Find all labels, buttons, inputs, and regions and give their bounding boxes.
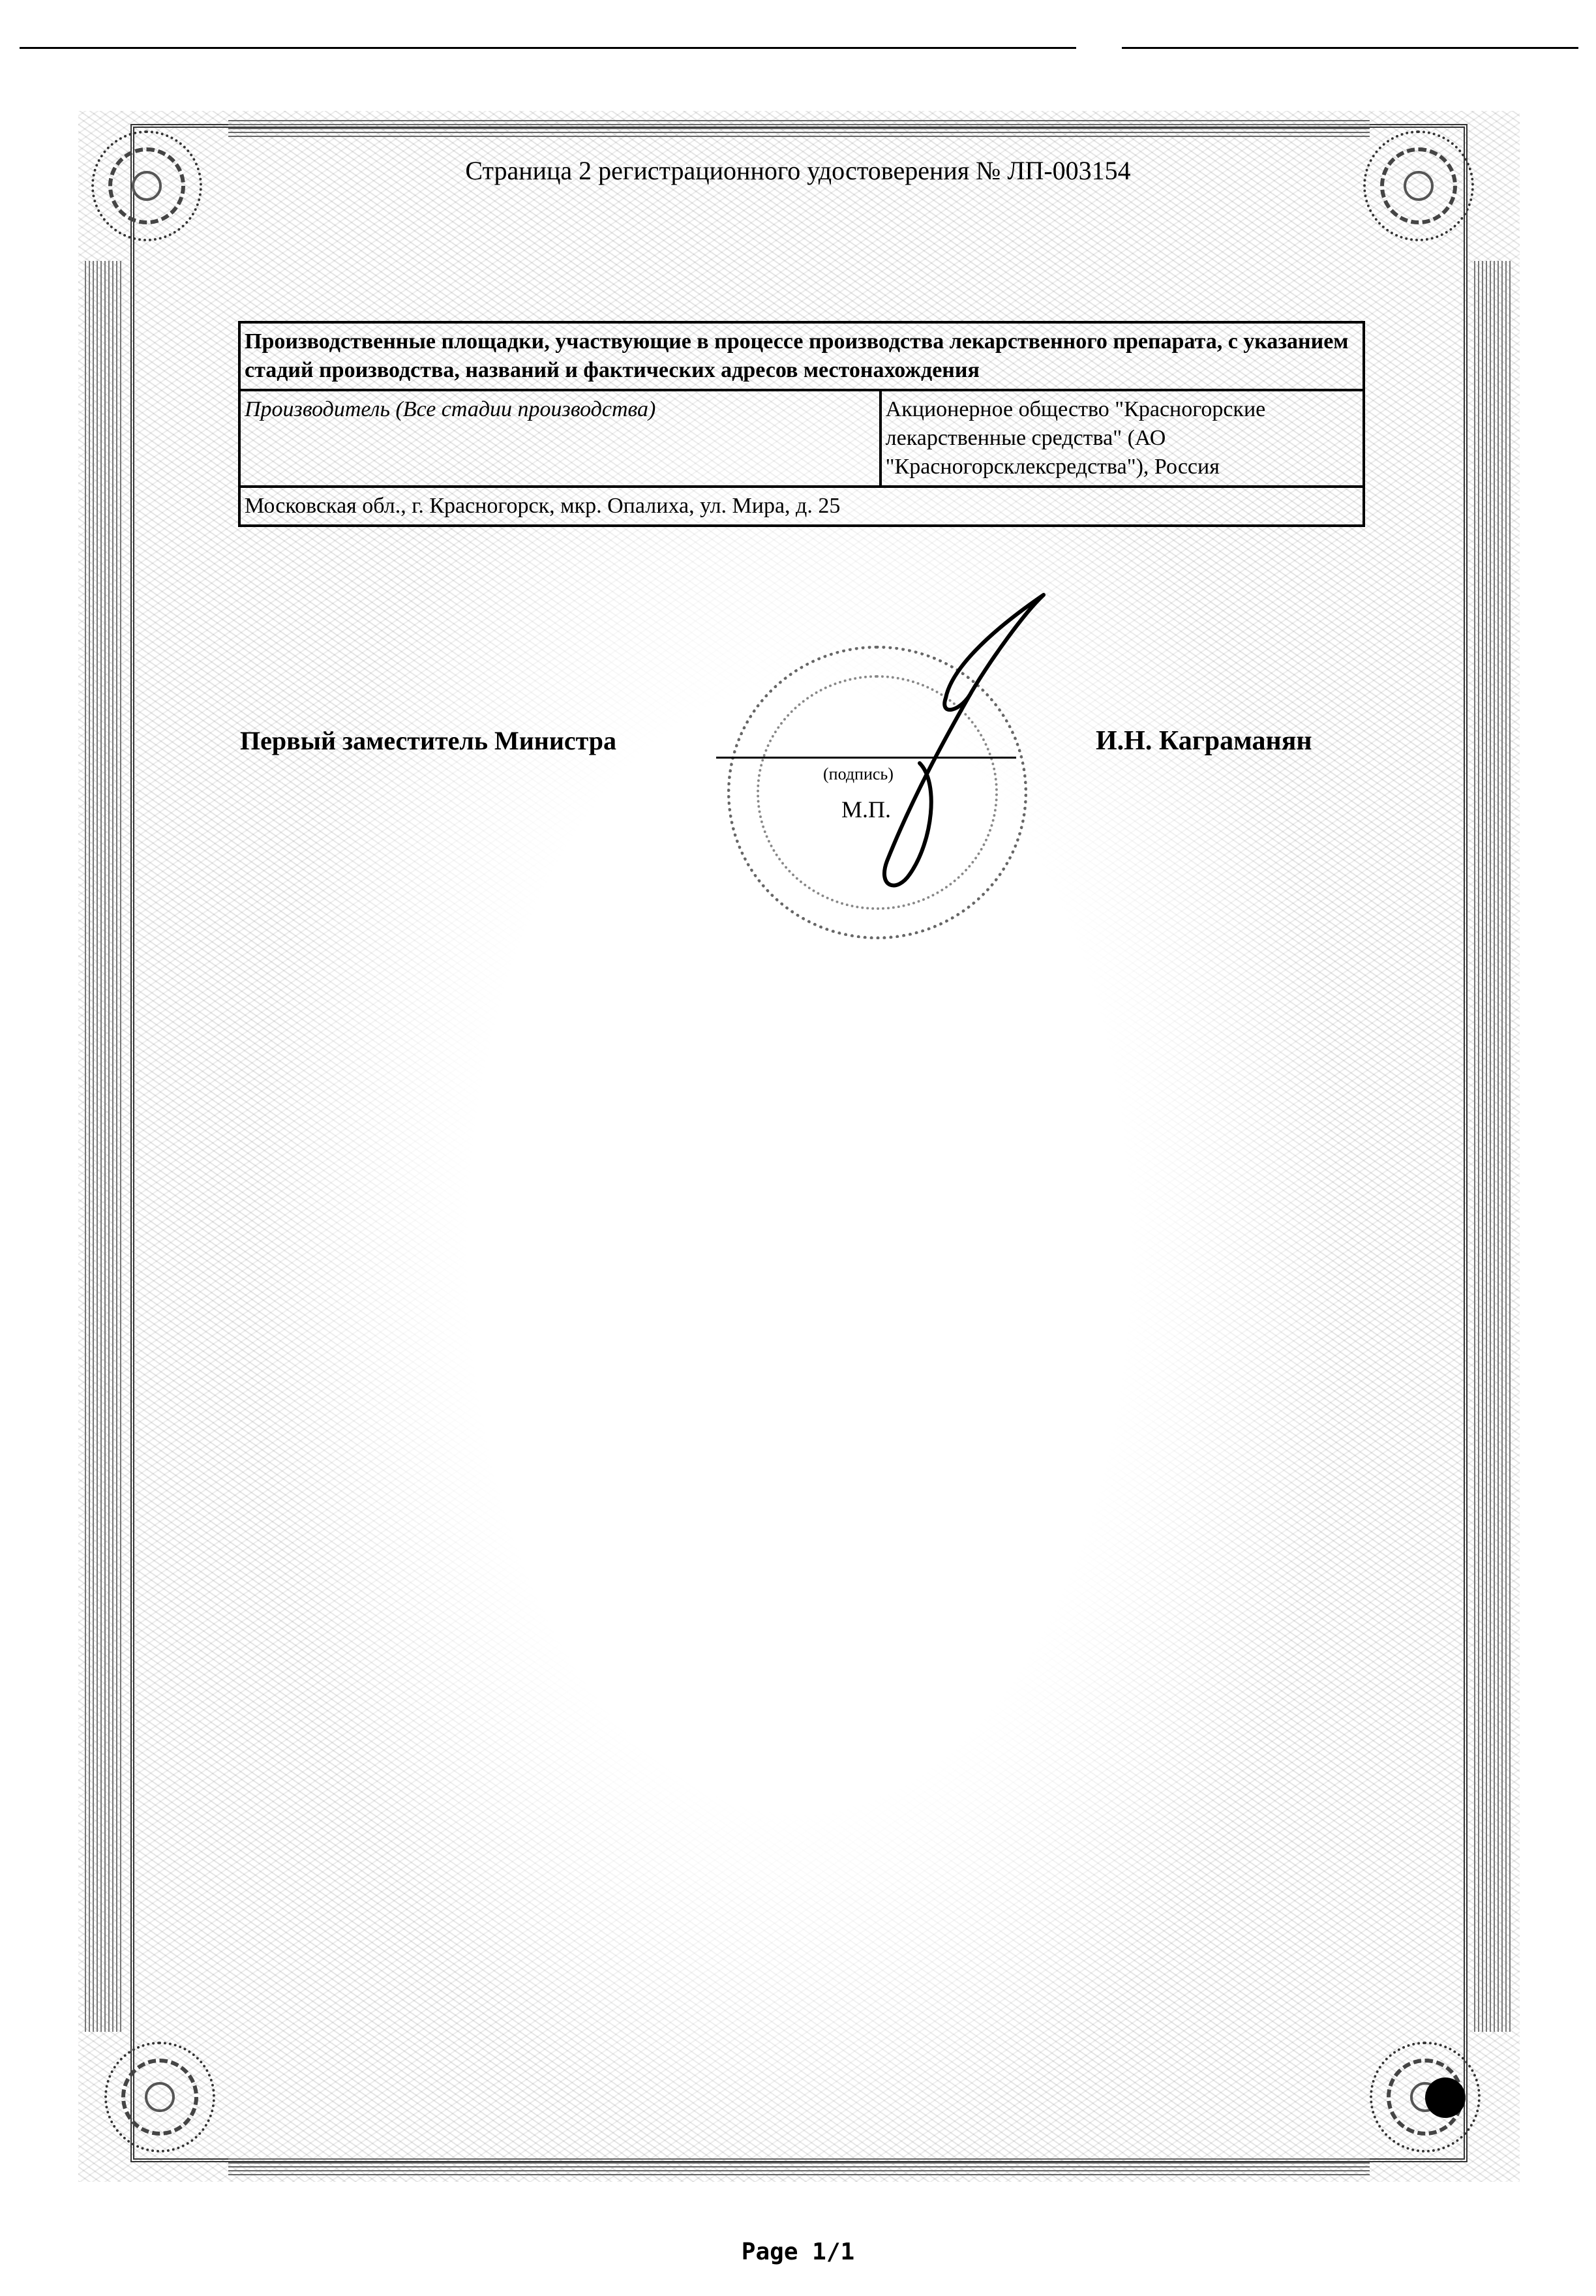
manufacturer-company: Акционерное общество "Красногорские лека… (881, 390, 1364, 487)
table-heading: Производственные площадки, участвующие в… (239, 322, 1364, 390)
bottom-ornamental-band (228, 2156, 1370, 2175)
signature-line (716, 757, 1016, 759)
page-title: Страница 2 регистрационного удостоверени… (0, 155, 1596, 186)
table-heading-row: Производственные площадки, участвующие в… (239, 322, 1364, 390)
page-number: Page 1/1 (0, 2239, 1596, 2265)
signature-icon (841, 587, 1050, 900)
manufacturer-address: Московская обл., г. Красногорск, мкр. Оп… (239, 487, 1364, 526)
seal-label: М.П. (841, 796, 891, 823)
signatory-position: Первый заместитель Министра (240, 725, 616, 756)
table-row: Московская обл., г. Красногорск, мкр. Оп… (239, 487, 1364, 526)
right-ornamental-band (1474, 261, 1513, 2032)
rosette-top-left-icon (91, 130, 202, 241)
top-rule-right (1122, 47, 1578, 49)
top-rule-left (20, 47, 1076, 49)
signature-caption: (подпись) (823, 764, 894, 784)
rosette-top-right-icon (1363, 130, 1474, 241)
left-ornamental-band (85, 261, 124, 2032)
rosette-bottom-left-icon (104, 2042, 215, 2152)
production-sites-table: Производственные площадки, участвующие в… (238, 321, 1365, 527)
hole-punch-mark (1425, 2077, 1466, 2118)
table-row: Производитель (Все стадии производства) … (239, 390, 1364, 487)
manufacturer-role: Производитель (Все стадии производства) (239, 390, 881, 487)
top-ornamental-band (228, 117, 1370, 137)
signatory-name: И.Н. Каграманян (1096, 725, 1312, 757)
